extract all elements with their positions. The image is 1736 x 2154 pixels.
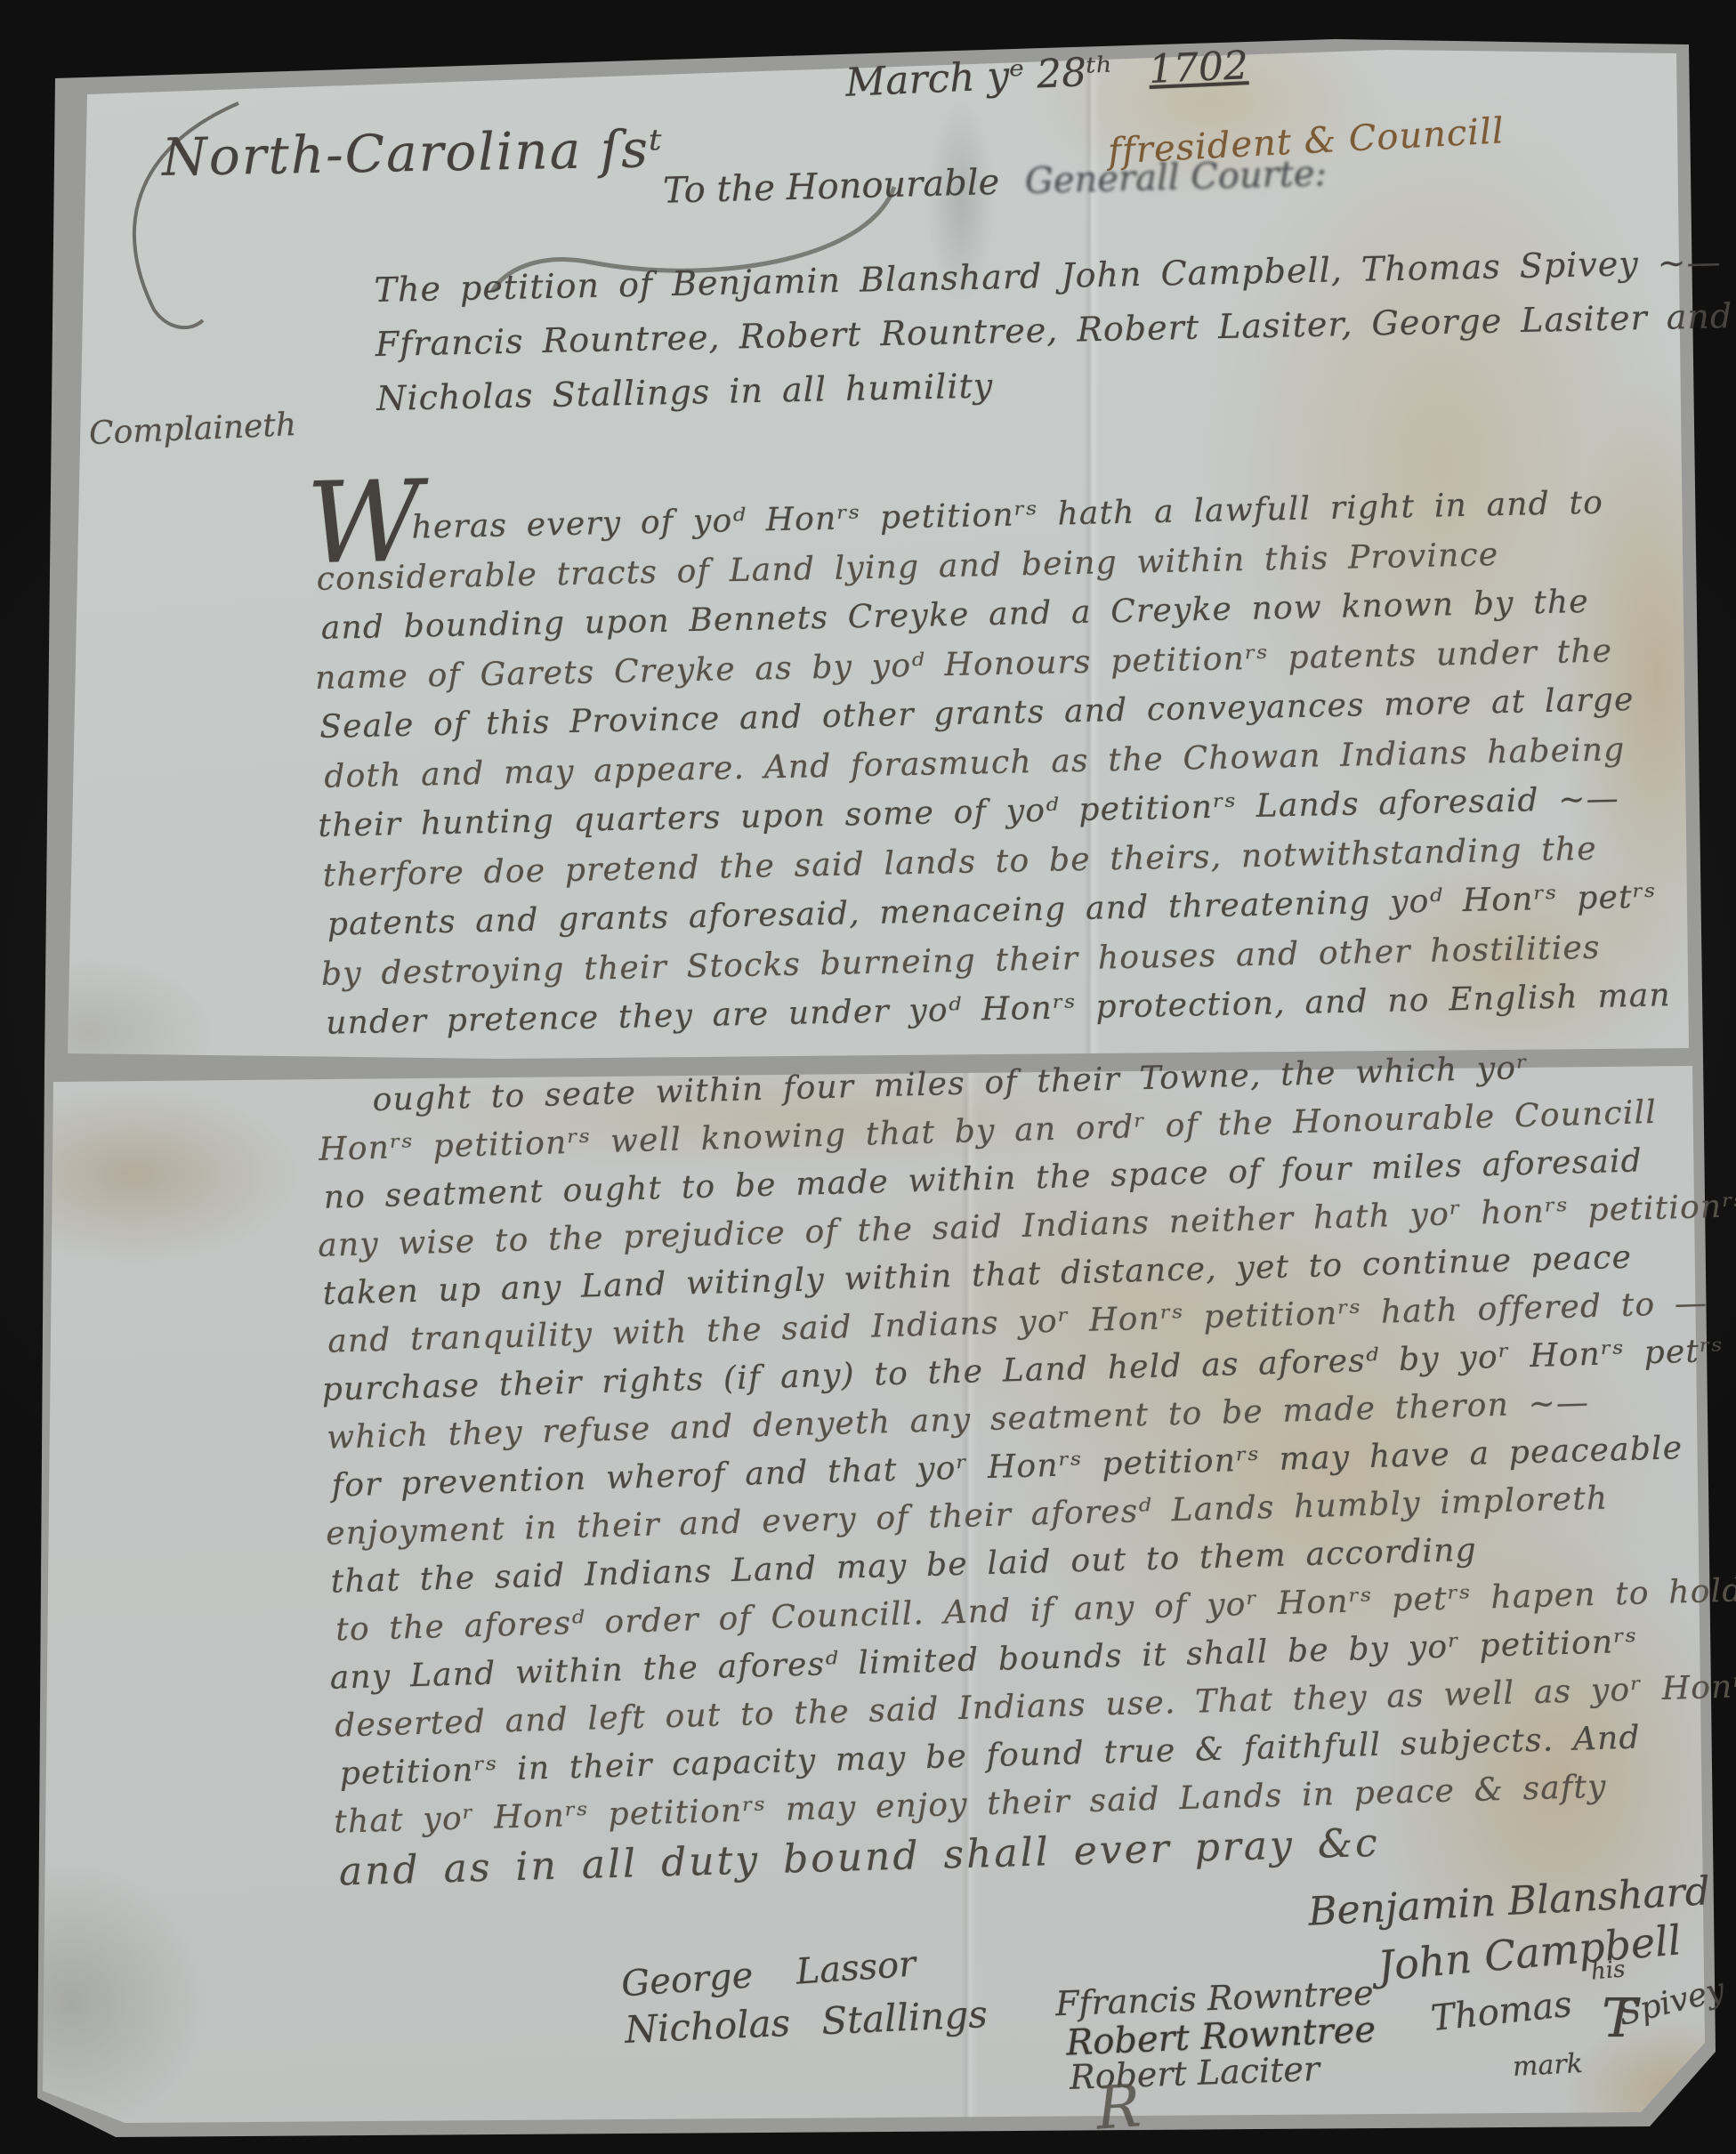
scan-background: March yᵉ 28ᵗʰ 1702 North-Carolina ſsᵗ ff… (0, 0, 1736, 2154)
signature-thomas-mark-word: mark (1512, 2048, 1584, 2083)
signature-thomas-his: his (1590, 1956, 1627, 1985)
petition-body-page2: ought to seate within four miles of thei… (313, 1038, 1736, 1896)
petition-body-page1: Wheras every of yoᵈ Honʳˢ petitionʳˢ hat… (311, 477, 1671, 1048)
date-year: 1702 (1148, 43, 1249, 93)
region-heading: North-Carolina ſsᵗ (161, 118, 664, 188)
addressee-overwritten: Generall Courte: (1024, 153, 1327, 202)
petition-intro: The petition of Benjamin Blanshard John … (374, 233, 1736, 426)
signature-flourish-r: R (1094, 2071, 1143, 2142)
drop-cap-w: W (305, 465, 424, 580)
